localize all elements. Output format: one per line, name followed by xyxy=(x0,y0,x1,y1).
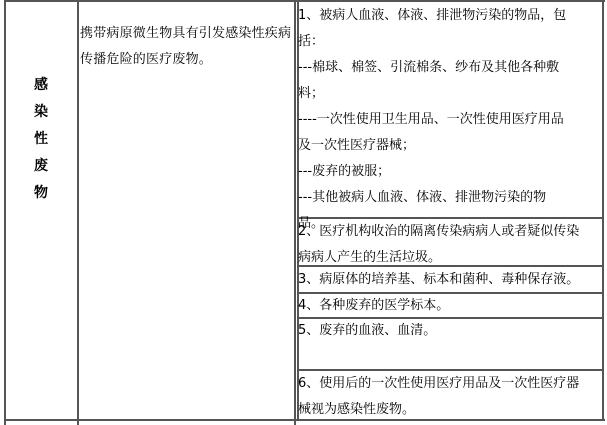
item-1: 1、被病人血液、体液、排泄物污染的物品，包 括： ---棉球、棉签、引流棉条、纱… xyxy=(298,3,603,237)
category-char: 感 xyxy=(4,72,78,99)
item-line: 料； xyxy=(298,81,603,107)
item-line: 械视为感染性废物。 xyxy=(298,397,603,423)
category-label: 感 染 性 废 物 xyxy=(4,72,78,207)
item-line: 5、废弃的血液、血清。 xyxy=(298,318,603,344)
item-line: 括： xyxy=(298,29,603,55)
category-char: 性 xyxy=(4,126,78,153)
item-line: ---废弃的被服； xyxy=(298,159,603,185)
item-line: 3、病原体的培养基、标本和菌种、毒种保存液。 xyxy=(298,267,603,293)
category-description: 携带病原微生物具有引发感染性疾病传播危险的医疗废物。 xyxy=(80,21,294,73)
category-char: 染 xyxy=(4,99,78,126)
item-line: ---其他被病人血液、体液、排泄物污染的物 xyxy=(298,185,603,211)
item-line: 及一次性医疗器械； xyxy=(298,133,603,159)
item-3: 3、病原体的培养基、标本和菌种、毒种保存液。 xyxy=(298,267,603,293)
item-line: 2、医疗机构收治的隔离传染病病人或者疑似传染 xyxy=(298,219,603,245)
category-char: 废 xyxy=(4,153,78,180)
col1-divider xyxy=(77,0,79,425)
item-5: 5、废弃的血液、血清。 xyxy=(298,318,603,344)
table-top-border xyxy=(4,0,605,2)
item-line: ----一次性使用卫生用品、一次性使用医疗用品 xyxy=(298,107,603,133)
category-char: 物 xyxy=(4,180,78,207)
left-border xyxy=(4,0,6,425)
item-line: 4、各种废弃的医学标本。 xyxy=(298,293,603,319)
item-line: 1、被病人血液、体液、排泄物污染的物品，包 xyxy=(298,3,603,29)
item-6: 6、使用后的一次性使用医疗用品及一次性医疗器 械视为感染性废物。 xyxy=(298,371,603,423)
item-4: 4、各种废弃的医学标本。 xyxy=(298,293,603,319)
item-line: 6、使用后的一次性使用医疗用品及一次性医疗器 xyxy=(298,371,603,397)
waste-classification-table: 感 染 性 废 物 携带病原微生物具有引发感染性疾病传播危险的医疗废物。 1、被… xyxy=(0,0,607,425)
col2-divider xyxy=(294,0,296,425)
item-2: 2、医疗机构收治的隔离传染病病人或者疑似传染 病病人产生的生活垃圾。 xyxy=(298,219,603,271)
item-line: ---棉球、棉签、引流棉条、纱布及其他各种敷 xyxy=(298,55,603,81)
